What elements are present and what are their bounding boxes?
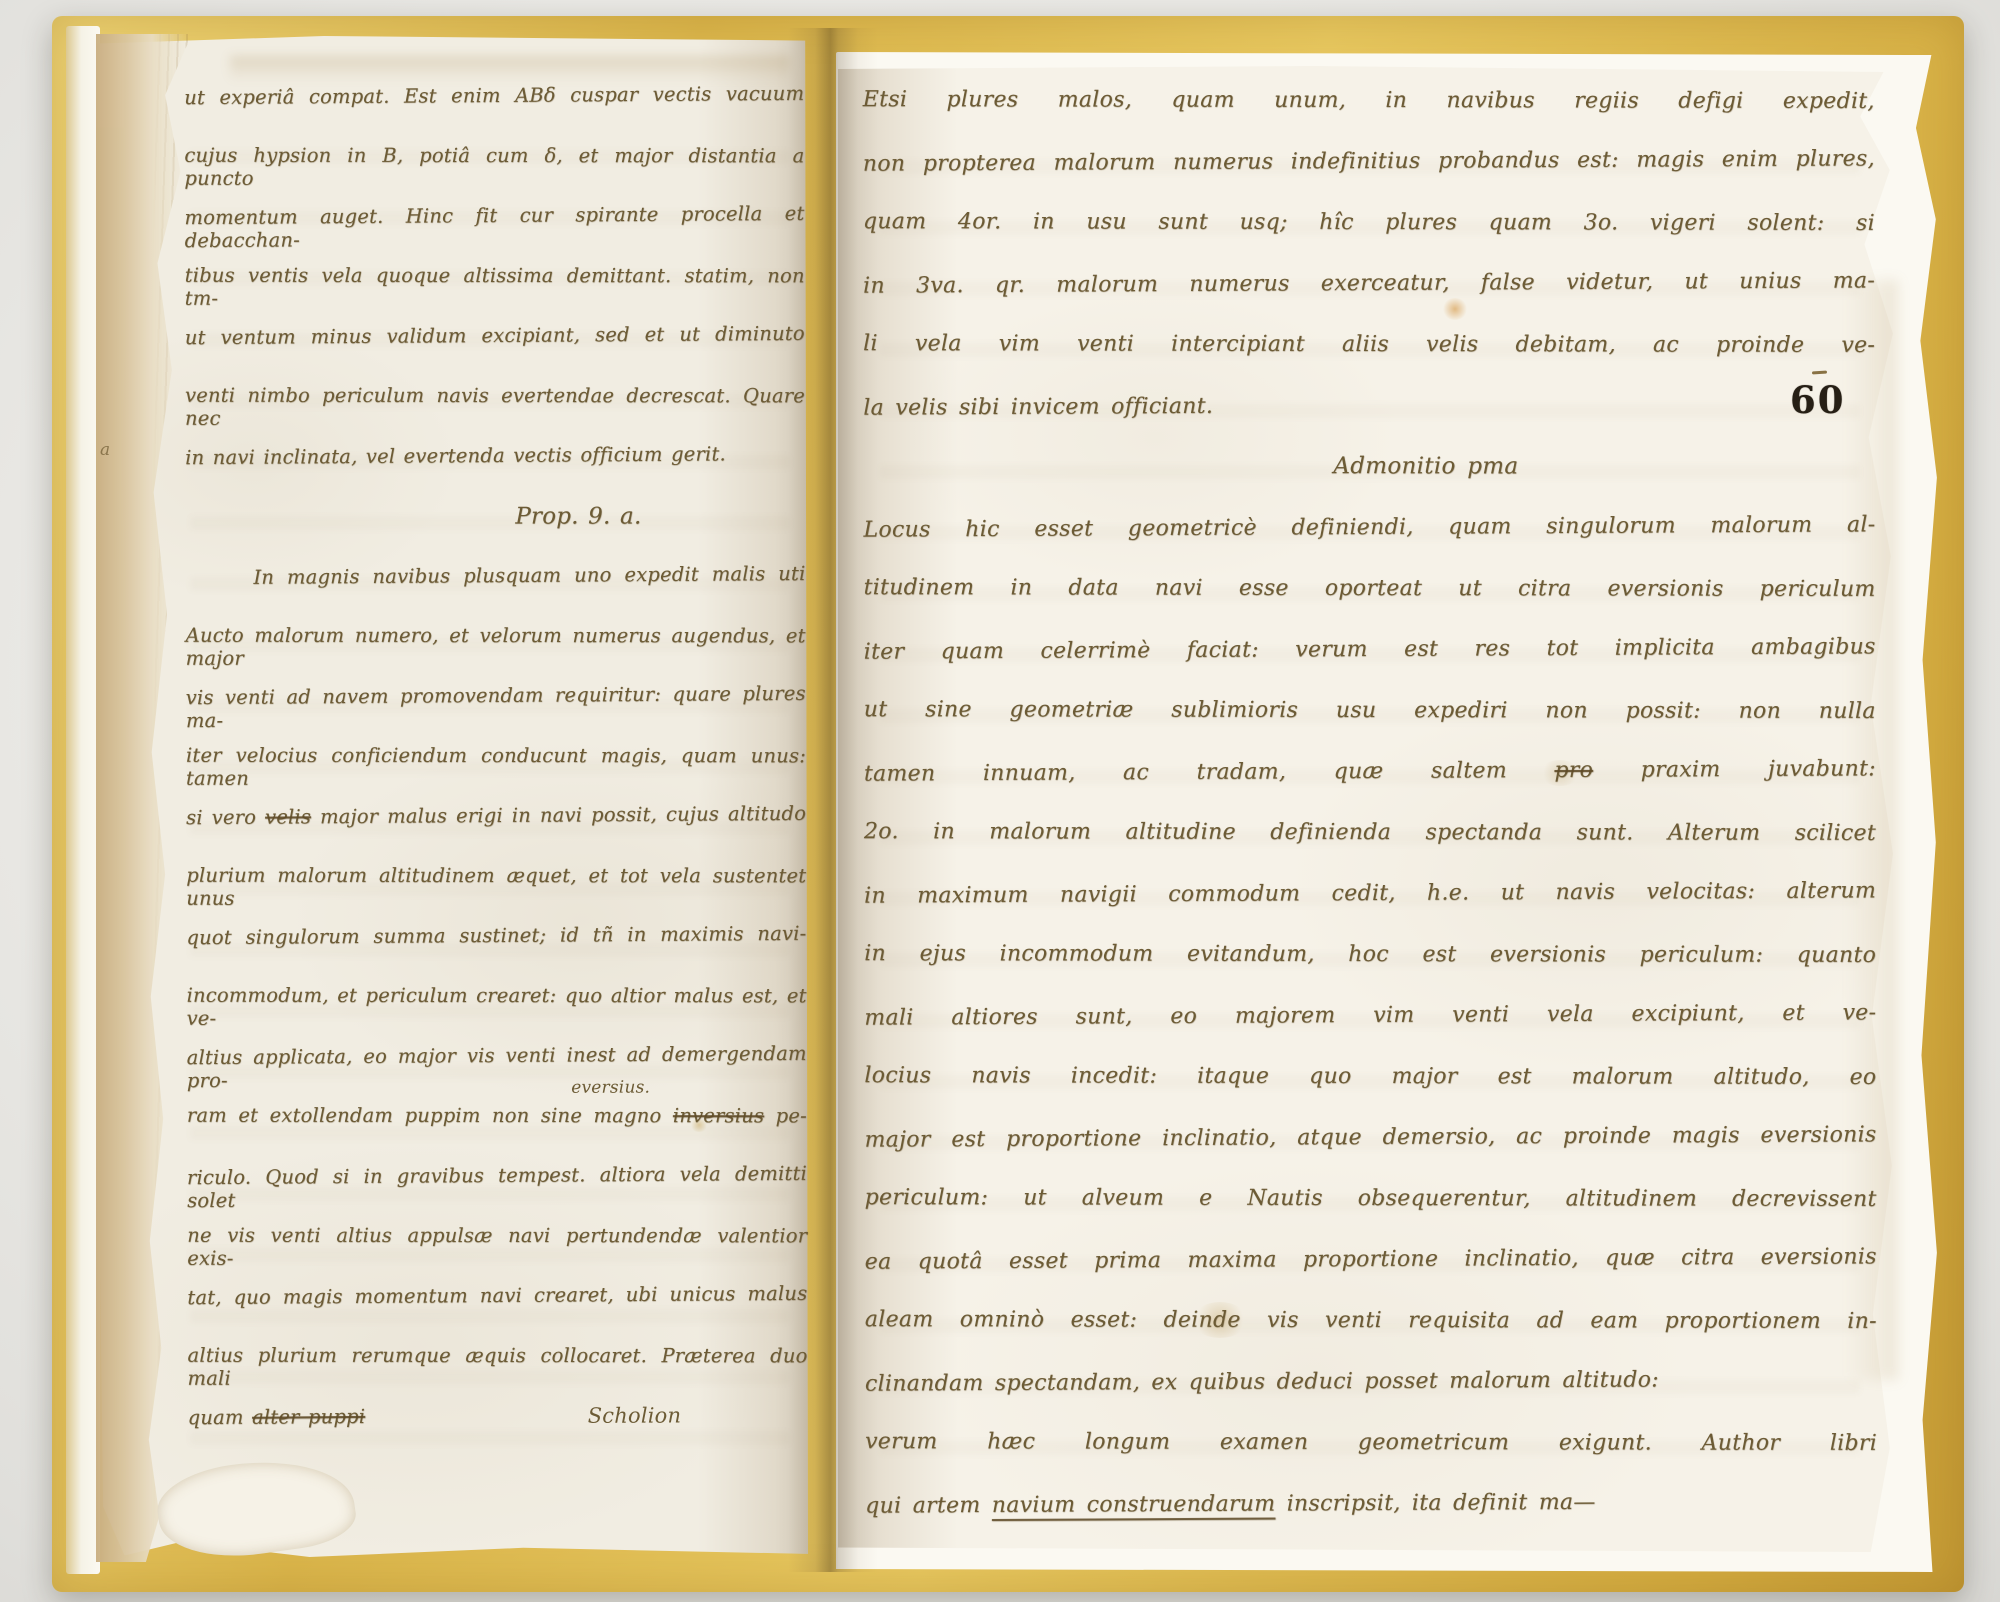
manuscript-line: verum hæc longum examen geometricum exig… (865, 1429, 1877, 1492)
manuscript-line-text: ea quotâ esset prima maxima proportione … (865, 1244, 1877, 1274)
manuscript-line: li vela vim venti intercipiant aliis vel… (863, 331, 1875, 394)
manuscript-line: venti nimbo periculum navis evertendae d… (185, 383, 805, 445)
manuscript-line: altius applicata, eo major vis venti ine… (187, 1043, 807, 1105)
manuscript-line: aleam omninò esset: deinde vis venti req… (865, 1307, 1877, 1370)
manuscript-line-text: in ejus incommodum evitandum, hoc est ev… (864, 941, 1876, 968)
manuscript-line: ut experiâ compat. Est enim ABδ cuspar v… (184, 83, 804, 145)
manuscript-line: Aucto malorum numero, et velorum numerus… (186, 623, 806, 685)
interline-correction-note: eversius. (571, 1078, 650, 1098)
manuscript-line: momentum auget. Hinc fit cur spirante pr… (185, 203, 805, 265)
manuscript-line-text: venti nimbo periculum navis evertendae d… (185, 384, 805, 431)
manuscript-line: non propterea malorum numerus indefiniti… (863, 148, 1875, 211)
manuscript-line: ut sine geometriæ sublimioris usu expedi… (864, 697, 1876, 760)
manuscript-line-text: titudinem in data navi esse oporteat ut … (864, 575, 1876, 602)
manuscript-text-right: Etsi plures malos, quam unum, in navibus… (863, 87, 1878, 1553)
manuscript-line: Etsi plures malos, quam unum, in navibus… (863, 87, 1875, 150)
page-edge-smear (230, 56, 790, 82)
manuscript-line-text: incommodum, et periculum crearet: quo al… (187, 984, 807, 1031)
manuscript-line: iter quam celerrimè faciat: verum est re… (864, 636, 1876, 699)
manuscript-line: tamen innuam, ac tradam, quæ saltem pro … (864, 758, 1876, 821)
manuscript-line-text: riculo. Quod si in gravibus tempest. alt… (187, 1162, 807, 1212)
manuscript-line: in navi inclinata, vel evertenda vectis … (185, 443, 805, 505)
manuscript-line: quam alter puppiScholion (188, 1403, 808, 1465)
manuscript-line: locius navis incedit: itaque quo major e… (864, 1063, 1876, 1126)
manuscript-line: in ejus incommodum evitandum, hoc est ev… (864, 941, 1876, 1004)
manuscript-line: qui artem navium construendarum inscrips… (865, 1490, 1877, 1553)
manuscript-line: major est proportione inclinatio, atque … (865, 1124, 1877, 1187)
manuscript-line-text: locius navis incedit: itaque quo major e… (864, 1063, 1876, 1090)
manuscript-line: in maximum navigii commodum cedit, h.e. … (864, 880, 1876, 943)
manuscript-line-text: quot singulorum summa sustinet; id tñ in… (186, 922, 806, 949)
photo-backdrop: ut experiâ compat. Est enim ABδ cuspar v… (0, 0, 2000, 1602)
manuscript-line-text: mali altiores sunt, eo majorem vim venti… (864, 1000, 1876, 1030)
manuscript-line-text: 2o. in malorum altitudine definienda spe… (864, 819, 1876, 846)
manuscript-line: ea quotâ esset prima maxima proportione … (865, 1246, 1877, 1309)
manuscript-line: vis venti ad navem promovendam requiritu… (186, 683, 806, 745)
manuscript-line-text: major est proportione inclinatio, atque … (864, 1122, 1876, 1152)
manuscript-line-text: ut sine geometriæ sublimioris usu expedi… (864, 697, 1876, 724)
manuscript-line-text: iter velocius conficiendum conducunt mag… (186, 744, 806, 791)
manuscript-line: riculo. Quod si in gravibus tempest. alt… (187, 1163, 807, 1225)
manuscript-line-text: iter quam celerrimè faciat: verum est re… (864, 634, 1876, 664)
manuscript-line: tat, quo magis momentum navi crearet, ub… (187, 1283, 807, 1345)
manuscript-line: titudinem in data navi esse oporteat ut … (864, 575, 1876, 638)
manuscript-line: plurium malorum altitudinem æquet, et to… (186, 863, 806, 925)
manuscript-line-text: vis venti ad navem promovendam requiritu… (186, 682, 806, 732)
manuscript-line-text: in navi inclinata, vel evertenda vectis … (185, 442, 805, 469)
manuscript-line: iter velocius conficiendum conducunt mag… (186, 743, 806, 805)
manuscript-line: Locus hic esset geometricè definiendi, q… (863, 514, 1875, 577)
manuscript-line-text: plurium malorum altitudinem æquet, et to… (186, 864, 806, 911)
manuscript-line: 2o. in malorum altitudine definienda spe… (864, 819, 1876, 882)
manuscript-line-text: quam 4or. in usu sunt usq; hîc plures qu… (863, 209, 1875, 236)
manuscript-line: incommodum, et periculum crearet: quo al… (187, 983, 807, 1045)
manuscript-line-text: la velis sibi invicem officiant. (863, 390, 1875, 420)
scholion-heading: Scholion (588, 1404, 682, 1428)
manuscript-line-text: li vela vim venti intercipiant aliis vel… (863, 331, 1875, 358)
manuscript-line: In magnis navibus plusquam uno expedit m… (185, 563, 805, 625)
margin-mark: a (100, 440, 110, 460)
manuscript-line-text: ut experiâ compat. Est enim ABδ cuspar v… (184, 82, 804, 109)
manuscript-line-text: Prop. 9. a. (515, 503, 805, 529)
manuscript-line-text: In magnis navibus plusquam uno expedit m… (253, 562, 805, 589)
manuscript-line-text: verum hæc longum examen geometricum exig… (865, 1429, 1877, 1456)
manuscript-line: quam 4or. in usu sunt usq; hîc plures qu… (863, 209, 1875, 272)
manuscript-line-text: altius applicata, eo major vis venti ine… (187, 1042, 807, 1092)
manuscript-text-left: ut experiâ compat. Est enim ABδ cuspar v… (184, 83, 808, 1465)
manuscript-line-text: momentum auget. Hinc fit cur spirante pr… (184, 202, 804, 252)
manuscript-line: mali altiores sunt, eo majorem vim venti… (864, 1002, 1876, 1065)
manuscript-line: quot singulorum summa sustinet; id tñ in… (186, 923, 806, 985)
manuscript-line-text: tibus ventis vela quoque altissima demit… (185, 264, 805, 311)
manuscript-line: ut ventum minus validum excipiant, sed e… (185, 323, 805, 385)
manuscript-line-text: in 3va. qr. malorum numerus exerceatur, … (863, 268, 1875, 298)
manuscript-line-text: aleam omninò esset: deinde vis venti req… (865, 1307, 1877, 1334)
manuscript-line-text: si vero velis major malus erigi in navi … (186, 802, 806, 829)
manuscript-line: la velis sibi invicem officiant. (863, 392, 1875, 455)
manuscript-line: in 3va. qr. malorum numerus exerceatur, … (863, 270, 1875, 333)
section-heading: Prop. 9. a. (185, 503, 805, 565)
manuscript-line-text: in maximum navigii commodum cedit, h.e. … (864, 878, 1876, 908)
manuscript-line: periculum: ut alveum e Nautis obsequeren… (865, 1185, 1877, 1248)
manuscript-line-text: ram et extollendam puppim non sine magno… (187, 1104, 807, 1128)
page-stack-edge (66, 26, 100, 1574)
manuscript-line-text: non propterea malorum numerus indefiniti… (863, 146, 1875, 176)
manuscript-line-text: Locus hic esset geometricè definiendi, q… (863, 512, 1875, 542)
manuscript-line: ne vis venti altius appulsæ navi pertund… (187, 1223, 807, 1285)
manuscript-line-text: ne vis venti altius appulsæ navi pertund… (187, 1224, 807, 1271)
manuscript-line-text: Etsi plures malos, quam unum, in navibus… (863, 87, 1875, 114)
page-number: 60 (1790, 378, 1846, 422)
manuscript-line-text: cujus hypsion in B, potiâ cum δ, et majo… (184, 144, 804, 191)
manuscript-line-text: periculum: ut alveum e Nautis obsequeren… (865, 1185, 1877, 1212)
manuscript-line-text: Aucto malorum numero, et velorum numerus… (186, 624, 806, 671)
manuscript-line: si vero velis major malus erigi in navi … (186, 803, 806, 865)
manuscript-line-text: Admonitio pma (1333, 453, 1875, 480)
manuscript-line-text: clinandam spectandam, ex quibus deduci p… (865, 1366, 1877, 1396)
manuscript-line: altius plurium rerumque æquis collocaret… (187, 1343, 807, 1405)
section-heading: Admonitio pma (863, 453, 1875, 516)
manuscript-line: clinandam spectandam, ex quibus deduci p… (865, 1368, 1877, 1431)
manuscript-line-text: qui artem navium construendarum inscrips… (865, 1488, 1877, 1518)
manuscript-line-text: tat, quo magis momentum navi crearet, ub… (187, 1282, 807, 1309)
manuscript-line: cujus hypsion in B, potiâ cum δ, et majo… (184, 143, 804, 205)
manuscript-line-text: quam alter puppi (188, 1402, 808, 1429)
manuscript-line: tibus ventis vela quoque altissima demit… (185, 263, 805, 325)
manuscript-line-text: ut ventum minus validum excipiant, sed e… (185, 322, 805, 349)
manuscript-line-text: tamen innuam, ac tradam, quæ saltem pro … (864, 756, 1876, 786)
manuscript-line: ram et extollendam puppim non sine magno… (187, 1103, 807, 1165)
manuscript-line-text: altius plurium rerumque æquis collocaret… (188, 1344, 808, 1391)
